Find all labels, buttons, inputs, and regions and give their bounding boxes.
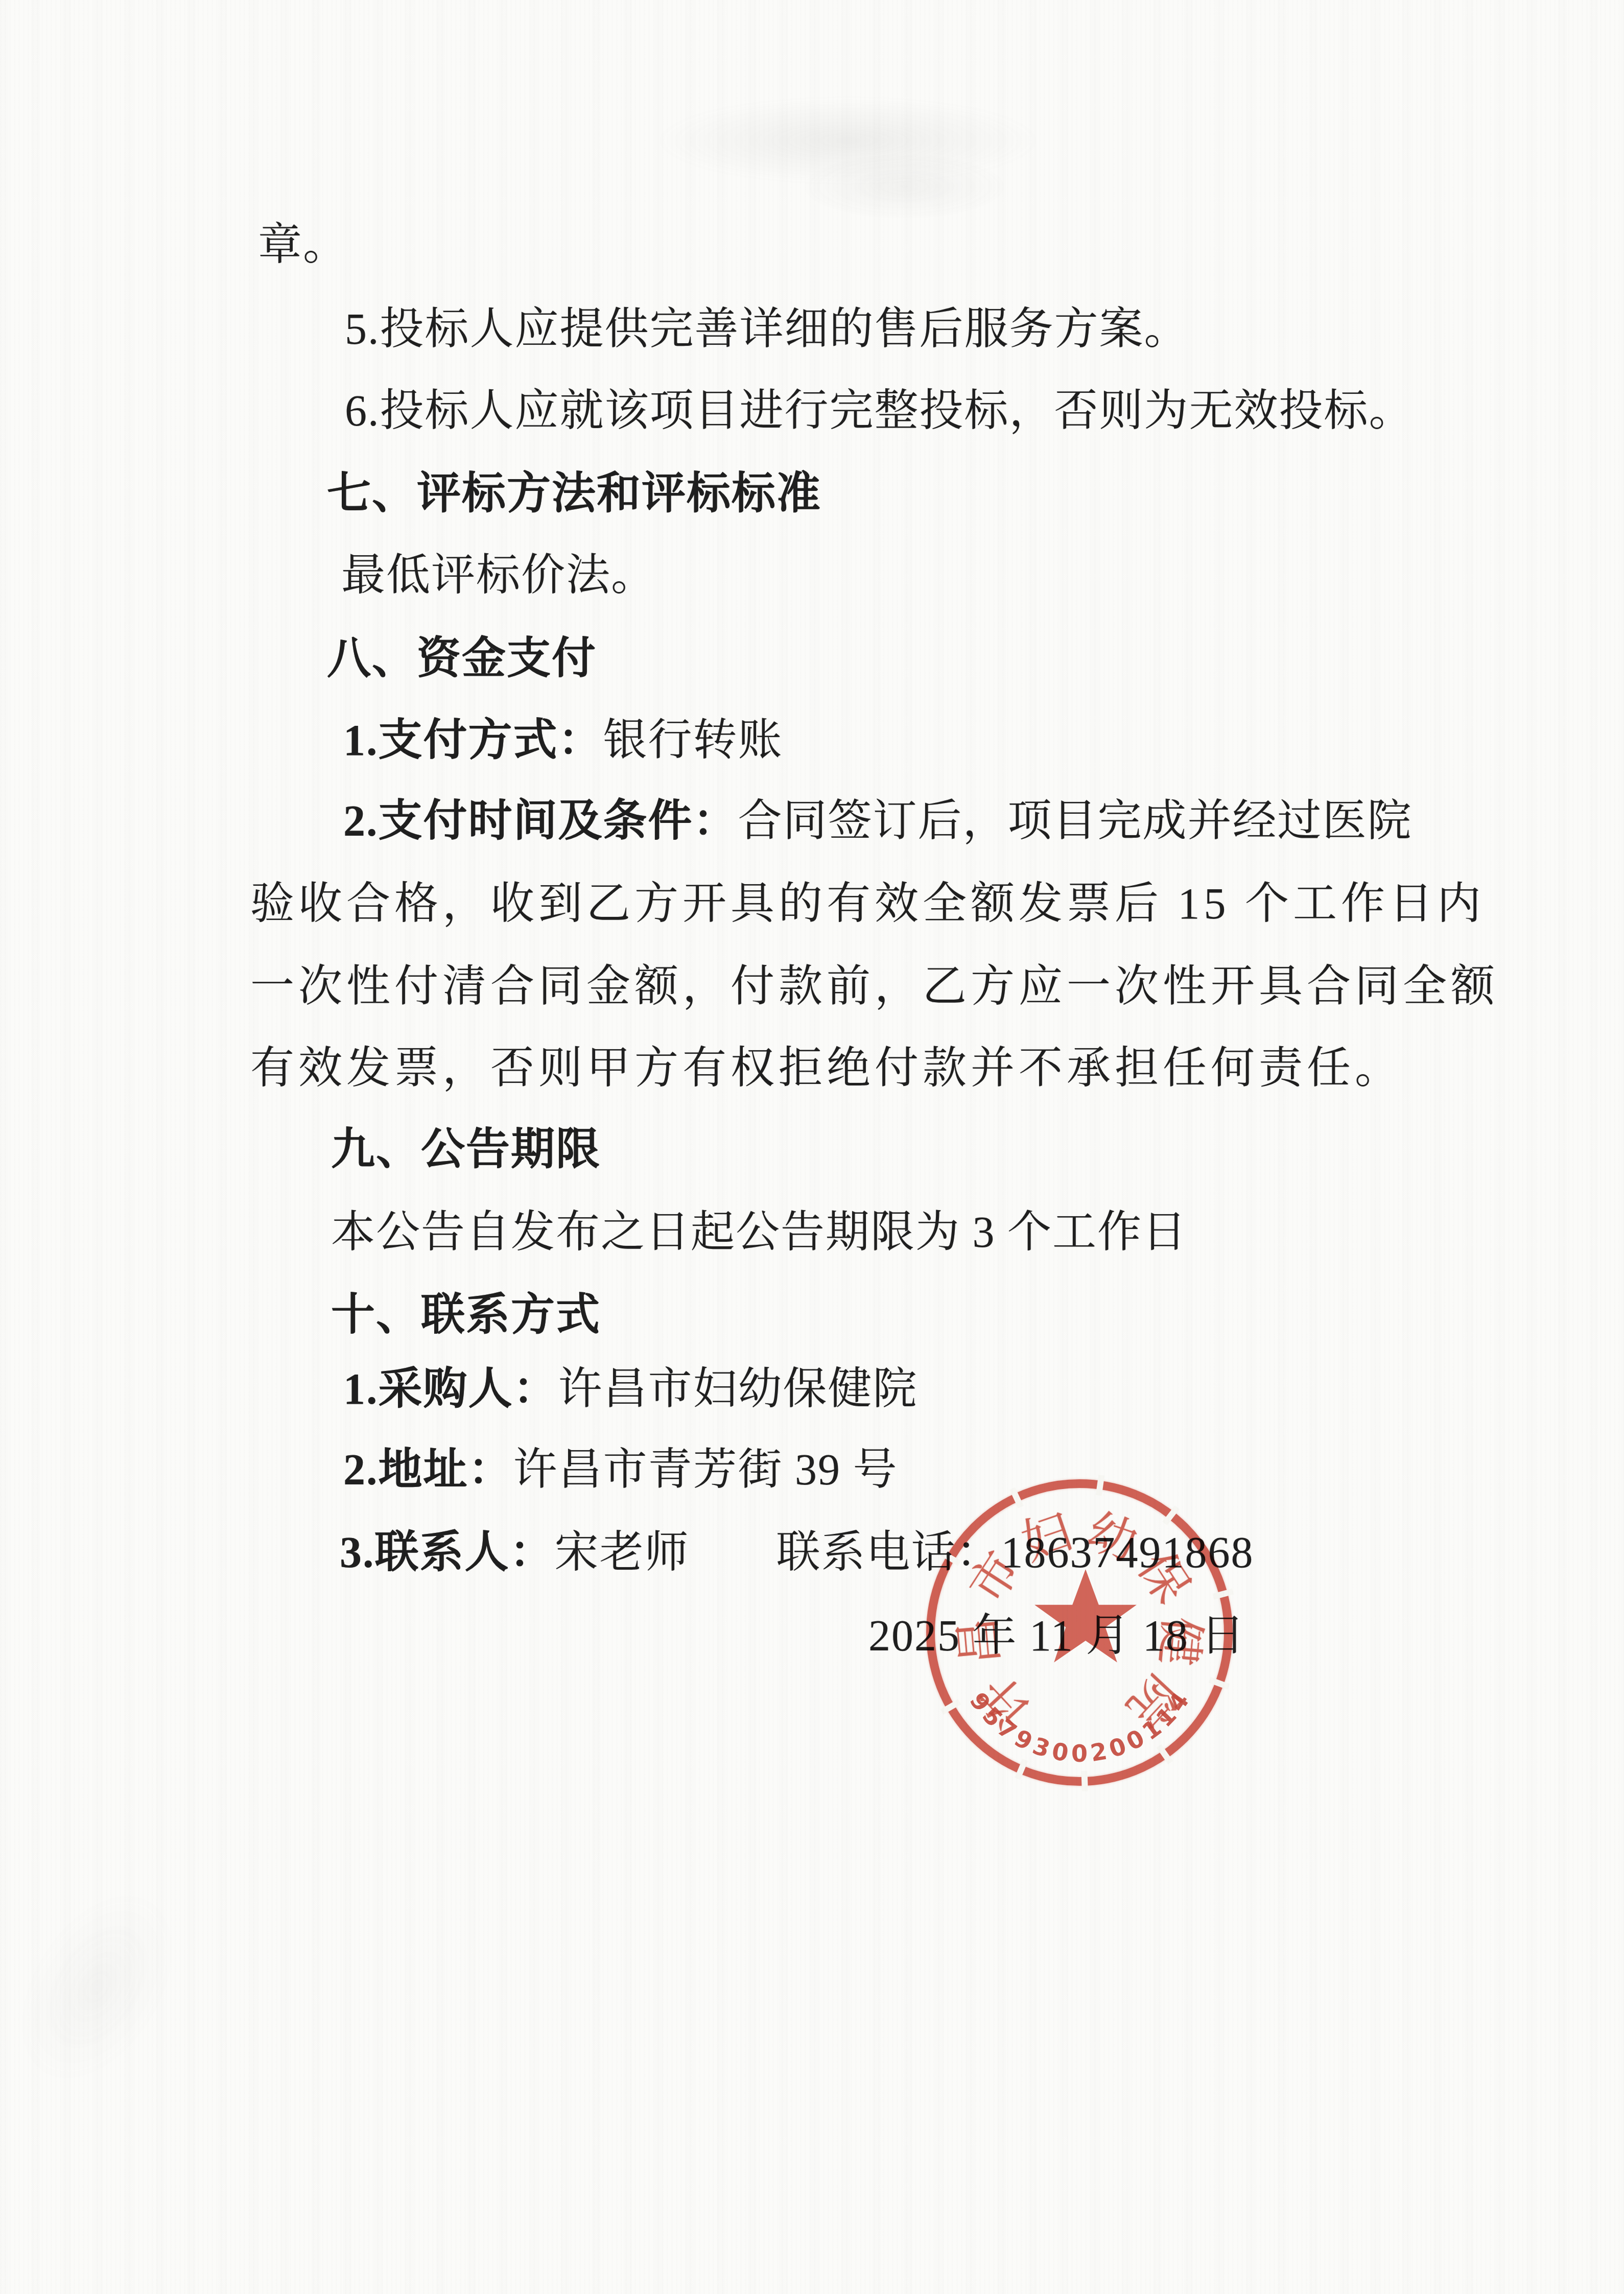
payment-terms-label: 2.支付时间及条件： (343, 796, 738, 845)
section-8-heading: 八、资金支付 (327, 631, 597, 686)
contact-phone-label: 联系电话： (776, 1528, 1001, 1577)
scanned-document-page: 章。 5.投标人应提供完善详细的售后服务方案。 6.投标人应就该项目进行完整投标… (0, 0, 1624, 2294)
stamp-serial-digit: 0 (1071, 1740, 1088, 1767)
stamp-ring-gap (1015, 1759, 1028, 1780)
payment-terms-cont-line-2: 一次性付清合同金额，付款前，乙方应一次性开具合同全额 (250, 959, 1499, 1014)
stamp-ring-gap (1212, 1589, 1234, 1600)
purchaser-line: 1.采购人：许昌市妇幼保健院 (343, 1361, 918, 1416)
payment-terms-cont-line-3: 有效发票，否则甲方有权拒绝付款并不承担任何责任。 (250, 1040, 1403, 1096)
contact-person-value: 宋老师 (555, 1528, 690, 1577)
clause-6-line: 6.投标人应就该项目进行完整投标，否则为无效投标。 (345, 383, 1414, 438)
stamp-serial-digit: 4 (1163, 1687, 1195, 1716)
address-label: 2.地址： (343, 1445, 513, 1494)
purchaser-label: 1.采购人： (343, 1364, 558, 1413)
date-line: 2025 年 11 月 18 日 (868, 1608, 1245, 1663)
stamp-arc-char: 许 (961, 1663, 1045, 1745)
scan-smudge (654, 97, 1042, 184)
stamp-serial-digit: 9 (964, 1687, 997, 1716)
stamp-serial-digit: 5 (977, 1701, 1008, 1733)
stamp-serial-digit: 1 (1137, 1714, 1167, 1745)
payment-method-value: 银行转账 (603, 716, 783, 765)
evaluation-method-line: 最低评标价法。 (341, 548, 656, 603)
payment-method-label: 1.支付方式： (343, 716, 603, 765)
section-9-heading: 九、公告期限 (331, 1122, 601, 1177)
stamp-ring-gap (1157, 1744, 1173, 1765)
clause-5-line: 5.投标人应提供完善详细的售后服务方案。 (345, 301, 1189, 357)
announcement-period-line: 本公告自发布之日起公告期限为 3 个工作日 (331, 1204, 1187, 1260)
payment-terms-text: 合同签订后，项目完成并经过医院 (738, 796, 1413, 845)
address-value: 许昌市青芳街 39 号 (513, 1445, 898, 1494)
stamp-ring-gap (1162, 1505, 1180, 1525)
scan-crease (0, 1861, 210, 2113)
stamp-arc-char: 院 (1114, 1663, 1198, 1745)
paragraph-tail-line: 章。 (258, 217, 348, 272)
stamp-ring-gap (1096, 1475, 1104, 1496)
address-line: 2.地址：许昌市青芳街 39 号 (343, 1442, 898, 1497)
stamp-ring-gap (1081, 1771, 1088, 1791)
stamp-serial-digit: 0 (1105, 1732, 1129, 1763)
stamp-ring-gap (940, 1699, 961, 1714)
stamp-serial-digit: 2 (1089, 1737, 1109, 1767)
contact-phone-value: 18637491868 (1001, 1528, 1254, 1577)
payment-terms-line: 2.支付时间及条件：合同签订后，项目完成并经过医院 (343, 793, 1413, 848)
contact-line: 3.联系人：宋老师联系电话：18637491868 (340, 1525, 1254, 1580)
stamp-serial-digit: 1 (1150, 1701, 1182, 1733)
stamp-serial-digit: 9 (1010, 1724, 1037, 1756)
payment-terms-cont-line-1: 验收合格，收到乙方开具的有效全额发票后 15 个工作日内 (250, 876, 1485, 931)
payment-method-line: 1.支付方式：银行转账 (343, 713, 783, 768)
purchaser-value: 许昌市妇幼保健院 (558, 1364, 918, 1413)
stamp-serial-digit: 0 (1122, 1724, 1149, 1756)
stamp-serial-digit: 7 (993, 1714, 1022, 1745)
stamp-ring-gap (1209, 1677, 1230, 1690)
stamp-serial-digit: 0 (1050, 1737, 1070, 1767)
contact-person-label: 3.联系人： (340, 1528, 555, 1577)
section-10-heading: 十、联系方式 (331, 1287, 601, 1342)
stamp-serial-digit: 3 (1029, 1732, 1053, 1763)
stamp-ring-gap (1009, 1487, 1024, 1508)
section-7-heading: 七、评标方法和评标标准 (327, 466, 821, 521)
scan-smudge (797, 153, 1011, 220)
